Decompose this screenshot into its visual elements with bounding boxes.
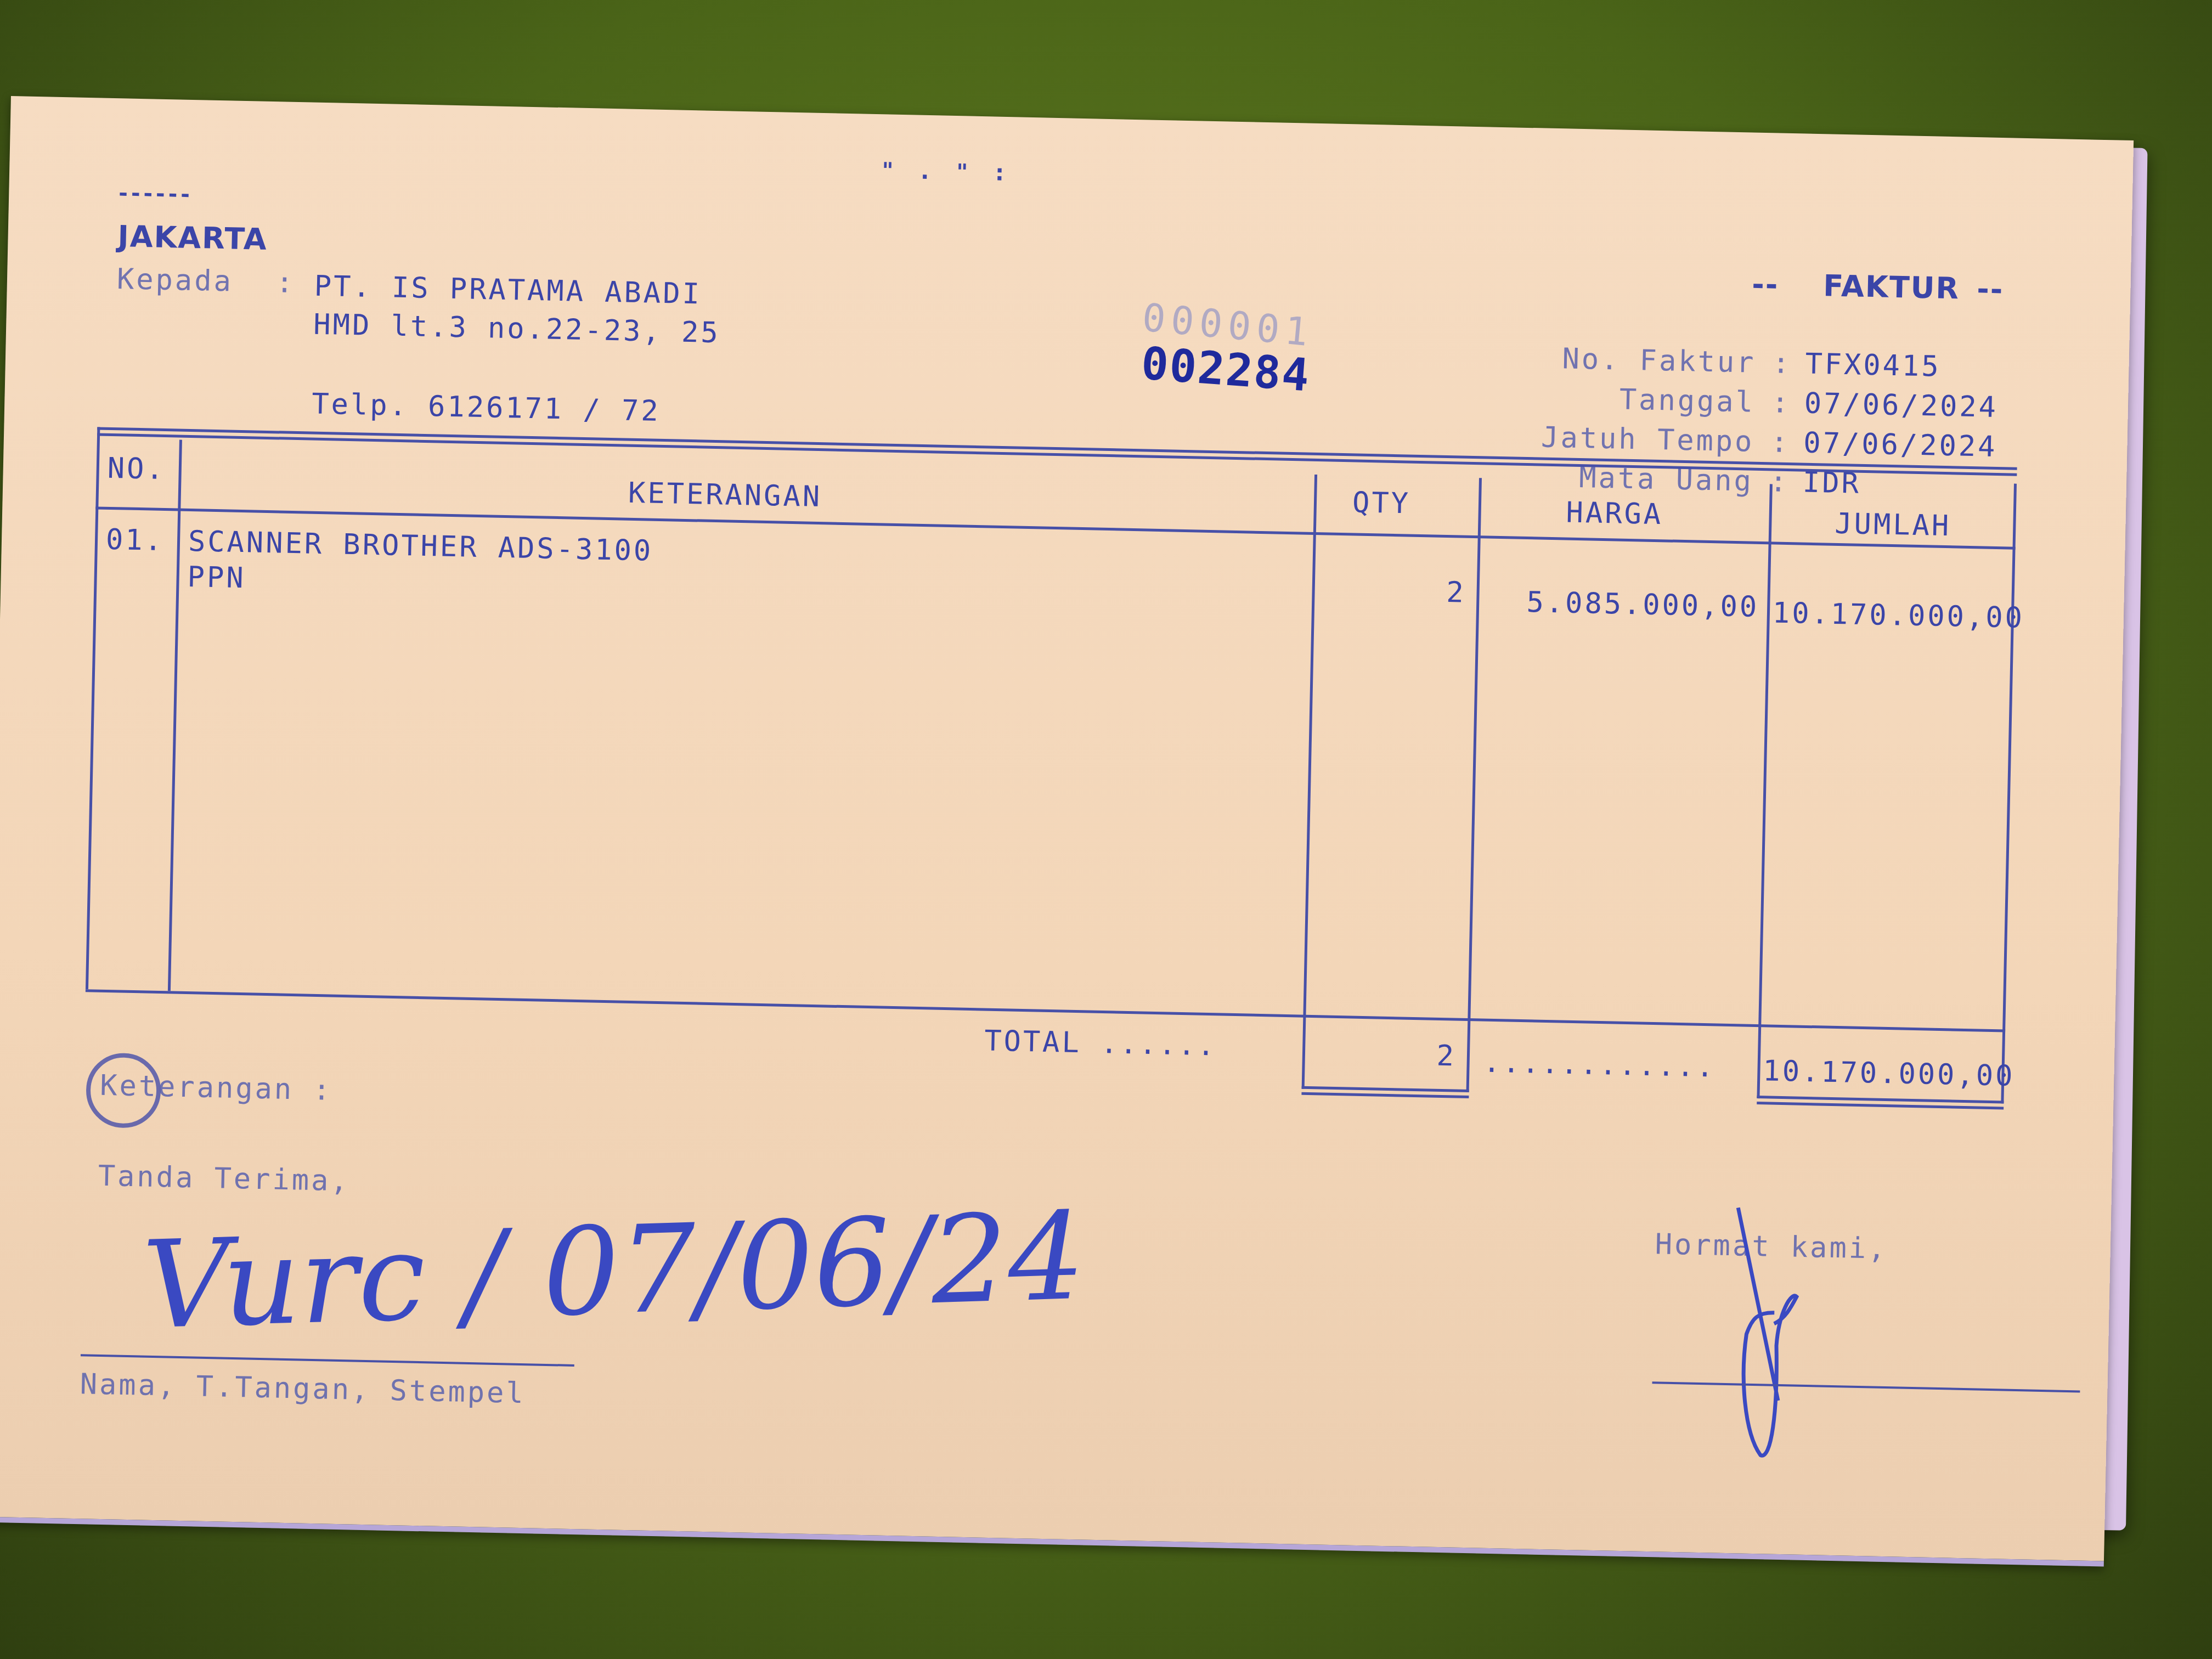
receipt-caption: Nama, T.Tangan, Stempel xyxy=(80,1368,526,1410)
top-rule: ------ xyxy=(119,180,194,207)
meta-label: Tanggal xyxy=(1497,381,1755,419)
meta-value-invoice-no: TFX0415 xyxy=(1805,348,1941,383)
total-amount: 10.170.000,00 xyxy=(1763,1054,1994,1092)
faktur-title: FAKTUR xyxy=(1823,268,1960,306)
col-header-price: HARGA xyxy=(1566,496,1663,532)
col-header-no: NO. xyxy=(107,452,166,486)
col-header-amount: JUMLAH xyxy=(1835,507,1951,543)
total-row: TOTAL ...... 2 ............ 10.170.000,0… xyxy=(11,96,2134,140)
row-qty: 2 xyxy=(1317,573,1466,610)
col-header-description: KETERANGAN xyxy=(628,477,822,513)
items-table: NO. KETERANGAN QTY HARGA JUMLAH 01. SCAN… xyxy=(11,96,2134,140)
recipient-separator: : xyxy=(275,266,296,300)
invoice-paper: ------ " . " : JAKARTA Kepada : PT. IS P… xyxy=(0,96,2134,1566)
sender-signature-icon xyxy=(1711,1202,1826,1468)
faktur-title-decor-right: -- xyxy=(1977,272,2004,307)
recipient-name: PT. IS PRATAMA ABADI xyxy=(314,270,702,311)
row-no: 01. xyxy=(105,523,164,557)
city-label: JAKARTA xyxy=(117,219,268,257)
row-description-tax: PPN xyxy=(187,561,246,595)
row-amount: 10.170.000,00 xyxy=(1772,596,2003,634)
meta-value-date: 07/06/2024 xyxy=(1804,387,1998,424)
top-marks: " . " : xyxy=(882,158,1014,186)
row-price: 5.085.000,00 xyxy=(1482,585,1759,624)
receipt-label: Tanda Terima, xyxy=(98,1160,350,1198)
recipient-phone: Telp. 6126171 / 72 xyxy=(312,388,661,428)
invoice-meta: No. Faktur : TFX0415 Tanggal : 07/06/202… xyxy=(11,96,2134,140)
faktur-title-decor-left: -- xyxy=(1752,267,1779,302)
meta-label: Jatuh Tempo xyxy=(1496,420,1754,459)
meta-value-due-date: 07/06/2024 xyxy=(1803,427,1997,464)
col-header-qty: QTY xyxy=(1352,486,1410,520)
table-row: 01. SCANNER BROTHER ADS-3100 PPN 2 5.085… xyxy=(11,96,2134,140)
row-description: SCANNER BROTHER ADS-3100 xyxy=(188,525,653,568)
total-dots: ............ xyxy=(1483,1046,1716,1084)
total-label: TOTAL ...... xyxy=(984,1025,1217,1063)
notes-label: Keterangan : xyxy=(100,1069,333,1107)
handwritten-receipt-signature: Vurc / 07/06/24 xyxy=(141,1186,1087,1356)
receipt-signature-line xyxy=(81,1354,574,1367)
recipient-label: Kepada xyxy=(116,263,233,298)
meta-label: No. Faktur xyxy=(1498,341,1756,380)
recipient-address: HMD lt.3 no.22-23, 25 xyxy=(313,308,721,350)
total-qty: 2 xyxy=(1307,1037,1456,1073)
